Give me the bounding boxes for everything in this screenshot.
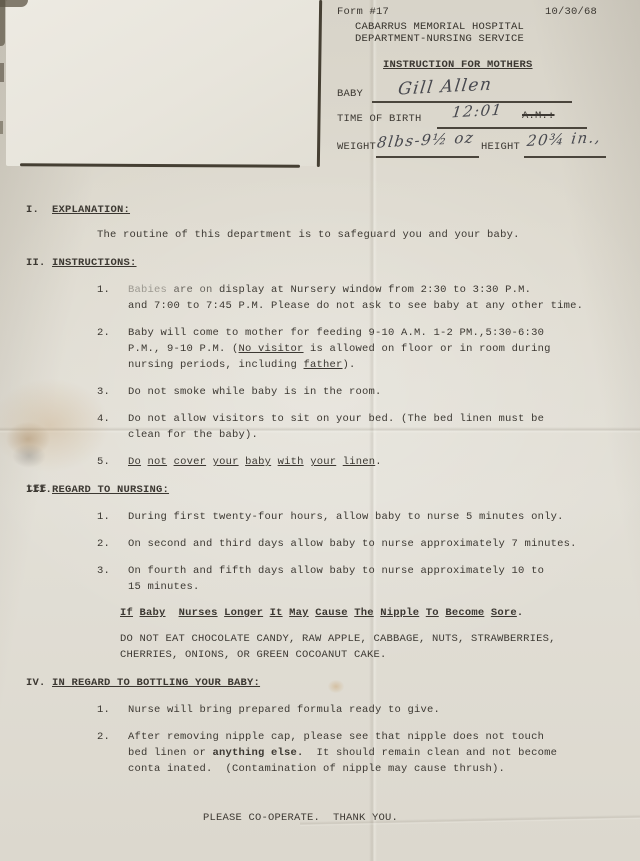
- list-item: 1.During first twenty-four hours, allow …: [0, 509, 620, 525]
- weight-handwriting: 8lbs-9½ oz: [376, 128, 476, 151]
- text-segment: are on: [174, 284, 213, 296]
- text-segment: No visitor: [239, 343, 304, 355]
- section-numeral: I.: [26, 202, 39, 218]
- form-number: Form #17: [337, 6, 389, 18]
- text-segment: The routine of this department is to saf…: [97, 229, 520, 241]
- item-number: 5.: [97, 454, 110, 470]
- overtyped-correction: LEE: [27, 481, 47, 497]
- list-item: 5.Do not cover your baby with your linen…: [0, 454, 620, 470]
- height-field-label: HEIGHT: [481, 141, 520, 153]
- document-title: INSTRUCTION FOR MOTHERS: [383, 59, 533, 71]
- weight-field-underline: [376, 156, 479, 158]
- text-segment: Sore: [491, 607, 517, 619]
- section-heading: I.EXPLANATION:: [0, 202, 620, 218]
- text-segment: .: [375, 456, 382, 468]
- list-item: 2.Baby will come to mother for feeding 9…: [0, 325, 620, 373]
- baby-name-handwriting: Gill Allen: [397, 74, 494, 99]
- hospital-department: DEPARTMENT-NURSING SERVICE: [355, 33, 524, 45]
- text-segment: anything else.: [213, 747, 304, 759]
- text-segment: with: [278, 456, 304, 468]
- text-segment: your: [310, 456, 336, 468]
- text-segment: [167, 284, 174, 296]
- list-item: 1.Babies are on display at Nursery windo…: [0, 282, 620, 314]
- text-segment: To: [426, 607, 439, 619]
- text-segment: linen: [343, 456, 376, 468]
- item-number: 4.: [97, 411, 110, 427]
- text-segment: Do not allow visitors to sit on your bed…: [128, 413, 544, 441]
- text-segment: Cause: [315, 607, 348, 619]
- document-section: III.LEEREGARD TO NURSING:1.During first …: [0, 482, 620, 663]
- section-numeral: IV.: [26, 675, 46, 691]
- document-section: I.EXPLANATION:The routine of this depart…: [0, 202, 620, 243]
- height-field-underline: [524, 156, 606, 158]
- photo-edge-mark: [0, 63, 4, 82]
- am-struck-out-text: A.M.:: [522, 110, 555, 122]
- text-segment: .: [517, 607, 524, 619]
- footer-message: PLEASE CO-OPERATE. THANK YOU.: [203, 812, 398, 824]
- text-segment: DO NOT EAT CHOCOLATE CANDY, RAW APPLE, C…: [120, 633, 556, 661]
- item-number: 1.: [97, 509, 110, 525]
- item-number: 2.: [97, 325, 110, 341]
- section-heading: IV.IN REGARD TO BOTTLING YOUR BABY:: [0, 675, 620, 691]
- text-segment: [166, 607, 179, 619]
- section-title: IN REGARD TO BOTTLING YOUR BABY:: [52, 677, 260, 689]
- text-segment: Babies: [128, 284, 167, 296]
- text-segment: The: [354, 607, 374, 619]
- item-number: 3.: [97, 384, 110, 400]
- list-item: 1.Nurse will bring prepared formula read…: [0, 702, 620, 718]
- text-segment: Nurses: [179, 607, 218, 619]
- item-number: 3.: [97, 563, 110, 579]
- text-segment: Do not smoke while baby is in the room.: [128, 386, 382, 398]
- section-title: REGARD TO NURSING:: [52, 484, 169, 496]
- text-segment: On fourth and fifth days allow baby to n…: [128, 565, 544, 593]
- text-segment: If: [120, 607, 133, 619]
- item-number: 2.: [97, 536, 110, 552]
- text-segment: your: [213, 456, 239, 468]
- document-section: IV.IN REGARD TO BOTTLING YOUR BABY:1.Nur…: [0, 675, 620, 777]
- blank-label-box: [6, 0, 320, 166]
- text-segment: On second and third days allow baby to n…: [128, 538, 577, 550]
- note-line: If Baby Nurses Longer It May Cause The N…: [0, 605, 620, 621]
- list-item: 2.On second and third days allow baby to…: [0, 536, 620, 552]
- weight-field-label: WEIGHT: [337, 141, 376, 153]
- section-numeral: III.LEE: [26, 482, 52, 498]
- text-segment: not: [148, 456, 168, 468]
- text-segment: Become: [445, 607, 484, 619]
- item-number: 1.: [97, 702, 110, 718]
- document-body: I.EXPLANATION:The routine of this depart…: [0, 190, 620, 777]
- hospital-name: CABARRUS MEMORIAL HOSPITAL: [355, 21, 524, 33]
- section-title: EXPLANATION:: [52, 204, 130, 216]
- section-numeral: II.: [26, 255, 46, 271]
- text-segment: May: [289, 607, 309, 619]
- time-of-birth-handwriting: 12:01: [451, 101, 504, 122]
- item-number: 2.: [97, 729, 110, 745]
- section-title: INSTRUCTIONS:: [52, 257, 137, 269]
- paragraph: The routine of this department is to saf…: [0, 227, 620, 243]
- time-of-birth-label: TIME OF BIRTH: [337, 113, 422, 125]
- text-segment: Baby: [140, 607, 166, 619]
- scanned-document-page: Form #17 10/30/68 CABARRUS MEMORIAL HOSP…: [0, 0, 640, 861]
- text-segment: Nurse will bring prepared formula ready …: [128, 704, 440, 716]
- list-item: 2.After removing nipple cap, please see …: [0, 729, 620, 777]
- text-segment: ).: [343, 359, 356, 371]
- document-section: II.INSTRUCTIONS:1.Babies are on display …: [0, 255, 620, 470]
- height-handwriting: 20¾ in.,: [526, 128, 603, 150]
- section-heading: II.INSTRUCTIONS:: [0, 255, 620, 271]
- text-segment: baby: [245, 456, 271, 468]
- form-date: 10/30/68: [545, 6, 597, 18]
- list-item: 3.Do not smoke while baby is in the room…: [0, 384, 620, 400]
- text-segment: During first twenty-four hours, allow ba…: [128, 511, 564, 523]
- section-heading: III.LEEREGARD TO NURSING:: [0, 482, 620, 498]
- photo-edge-mark: [0, 121, 3, 134]
- list-item: 3.On fourth and fifth days allow baby to…: [0, 563, 620, 595]
- text-segment: father: [304, 359, 343, 371]
- label-box-border-bottom: [20, 163, 300, 167]
- photo-edge-mark: [0, 0, 5, 46]
- text-segment: cover: [174, 456, 207, 468]
- baby-field-label: BABY: [337, 88, 363, 100]
- item-number: 1.: [97, 282, 110, 298]
- text-segment: Longer: [224, 607, 263, 619]
- text-segment: It: [270, 607, 283, 619]
- text-segment: Nipple: [380, 607, 419, 619]
- note-line: DO NOT EAT CHOCOLATE CANDY, RAW APPLE, C…: [0, 631, 620, 663]
- text-segment: Do: [128, 456, 141, 468]
- list-item: 4.Do not allow visitors to sit on your b…: [0, 411, 620, 443]
